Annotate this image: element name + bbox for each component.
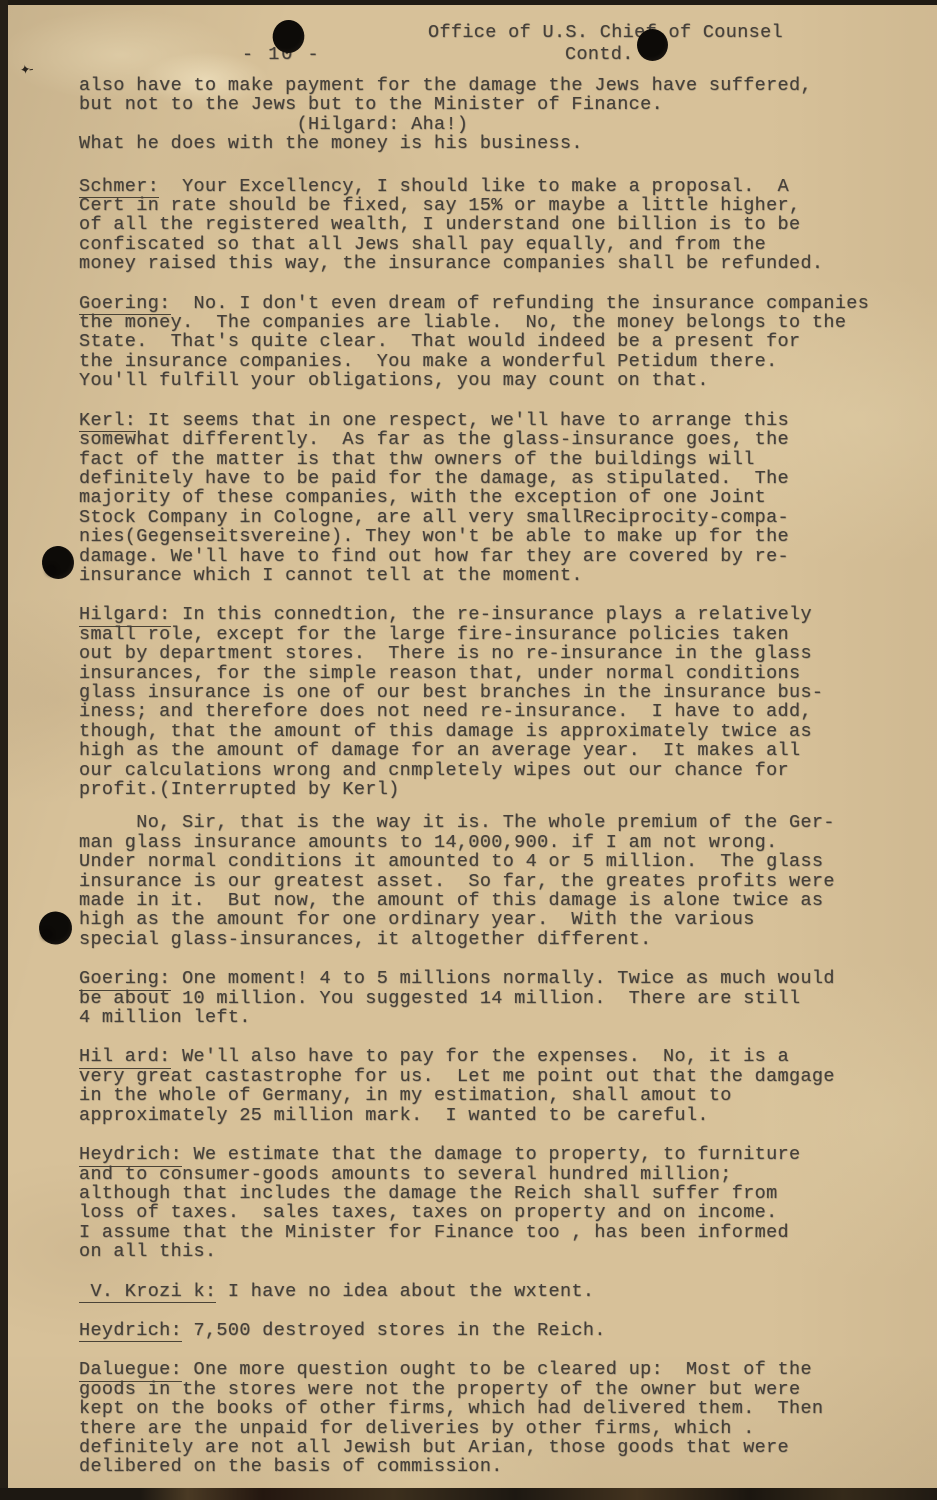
transcript-paragraph: Goering: No. I don't even dream of refun… (79, 294, 891, 391)
transcript-paragraph: Daluegue: One more question ought to be … (79, 1360, 891, 1476)
paragraph-text: No. I don't even dream of refunding the … (79, 293, 869, 392)
transcript-paragraph: V. Krozi k: I have no idea about the wxt… (79, 1282, 891, 1301)
transcript-paragraph: Schmer: Your Excellency, I should like t… (79, 177, 891, 274)
paragraph-text: One moment! 4 to 5 millions normally. Tw… (79, 968, 835, 1028)
scanned-document-page: Office of U.S. Chief of Counsel Contd. -… (0, 0, 937, 1500)
hole-punch-icon (40, 544, 75, 580)
paragraph-text: I have no idea about the wxtent. (216, 1281, 594, 1302)
transcript-paragraph: Kerl: It seems that in one respect, we'l… (79, 411, 891, 586)
transcript-paragraph: Goering: One moment! 4 to 5 millions nor… (79, 969, 891, 1027)
paragraph-text: It seems that in one respect, we'll have… (79, 410, 789, 586)
transcript-paragraph: Hilgard: In this connedtion, the re-insu… (79, 605, 891, 799)
page-header: Office of U.S. Chief of Counsel Contd. (428, 22, 808, 66)
transcript-paragraph: Heydrich: 7,500 destroyed stores in the … (79, 1321, 891, 1340)
paragraph-text: In this connedtion, the re-insurance pla… (79, 604, 823, 800)
paragraph-text: 7,500 destroyed stores in the Reich. (182, 1320, 606, 1341)
transcript-paragraph: Hil ard: We'll also have to pay for the … (79, 1047, 891, 1125)
paragraph-text: We estimate that the damage to property,… (79, 1144, 800, 1262)
transcript-paragraph: No, Sir, that is the way it is. The whol… (79, 813, 891, 949)
transcript-paragraph: also have to make payment for the damage… (79, 76, 891, 154)
header-contd-line: Contd. (565, 44, 808, 66)
paragraph-text: Your Excellency, I should like to make a… (79, 176, 823, 275)
paragraph-text: One more question ought to be cleared up… (79, 1359, 823, 1477)
transcript-paragraph: Heydrich: We estimate that the damage to… (79, 1145, 891, 1261)
scan-edge-bottom (0, 1488, 937, 1500)
scan-edge-top (0, 0, 937, 5)
transcript-body: also have to make payment for the damage… (79, 76, 891, 1497)
header-office-line: Office of U.S. Chief of Counsel (428, 22, 808, 44)
hole-punch-icon (637, 29, 668, 61)
paragraph-text: We'll also have to pay for the expenses.… (79, 1046, 835, 1125)
margin-ink-mark: ✦- (19, 62, 33, 78)
paragraph-text: also have to make payment for the damage… (79, 75, 812, 154)
speaker-name: Heydrich: (79, 1320, 182, 1343)
hole-punch-icon (38, 910, 74, 946)
scan-edge-left (0, 0, 8, 1500)
paragraph-text: No, Sir, that is the way it is. The whol… (79, 812, 835, 949)
speaker-name: V. Krozi k: (79, 1281, 216, 1304)
